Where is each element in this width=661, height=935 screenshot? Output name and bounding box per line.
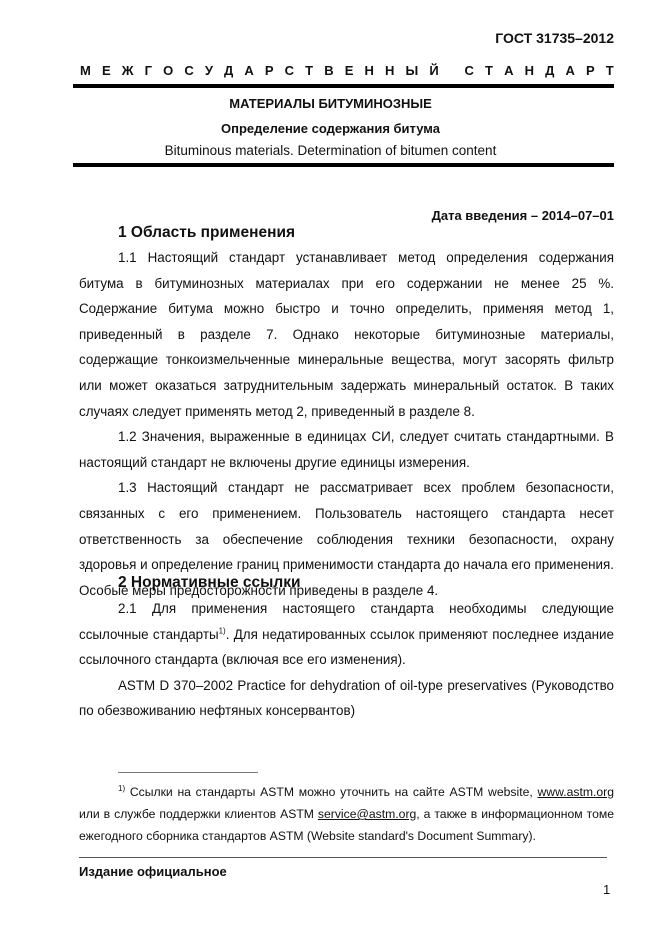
paragraph-astm-reference: ASTM D 370–2002 Practice for dehydration…	[79, 673, 614, 724]
astm-website-link[interactable]: www.astm.org	[537, 785, 614, 799]
interstate-letter: Т	[606, 63, 614, 78]
header-top-rule	[73, 84, 614, 88]
official-edition-label: Издание официальное	[79, 864, 227, 879]
interstate-letter: Д	[224, 63, 233, 78]
section-2-body: 2.1 Для применения настоящего стандарта …	[79, 596, 614, 724]
footer-rule	[79, 857, 607, 858]
interstate-standard-label: МЕЖГОСУДАРСТВЕННЫЙ СТАНДАРТ	[80, 63, 614, 78]
interstate-letter: Н	[385, 63, 394, 78]
page-number: 1	[603, 882, 610, 897]
footnote-separator	[118, 772, 258, 773]
interstate-letter: Е	[345, 63, 354, 78]
footnote: 1) Ссылки на стандарты ASTM можно уточни…	[79, 781, 614, 847]
interstate-letter: С	[465, 63, 474, 78]
document-title-english: Bituminous materials. Determination of b…	[0, 143, 661, 158]
paragraph-1-2: 1.2 Значения, выраженные в единицах СИ, …	[79, 424, 614, 475]
interstate-letter: А	[565, 63, 574, 78]
document-subtitle: Определение содержания битума	[0, 121, 661, 136]
footnote-ref[interactable]: 1)	[219, 626, 226, 635]
interstate-letter: Н	[525, 63, 534, 78]
interstate-letter	[450, 63, 454, 78]
paragraph-2-1: 2.1 Для применения настоящего стандарта …	[79, 596, 614, 673]
interstate-letter: У	[205, 63, 213, 78]
interstate-letter: Ы	[406, 63, 419, 78]
document-title: МАТЕРИАЛЫ БИТУМИНОЗНЫЕ	[0, 96, 661, 111]
interstate-letter: Д	[545, 63, 554, 78]
interstate-letter: М	[80, 63, 91, 78]
interstate-letter: Н	[365, 63, 374, 78]
interstate-letter: Ж	[122, 63, 134, 78]
interstate-letter: Т	[305, 63, 313, 78]
header-bottom-rule	[73, 163, 614, 167]
interstate-letter: Р	[586, 63, 595, 78]
astm-email-link[interactable]: service@astm.org	[318, 807, 416, 821]
interstate-letter: А	[244, 63, 253, 78]
interstate-letter: В	[324, 63, 333, 78]
interstate-letter: Г	[145, 63, 152, 78]
interstate-letter: О	[163, 63, 173, 78]
interstate-letter: А	[504, 63, 513, 78]
interstate-letter: Т	[485, 63, 493, 78]
interstate-letter: Е	[102, 63, 111, 78]
interstate-letter: С	[184, 63, 193, 78]
section-2-heading: 2 Нормативные ссылки	[118, 574, 301, 592]
document-number: ГОСТ 31735–2012	[495, 30, 614, 46]
interstate-letter: Й	[429, 63, 438, 78]
interstate-letter: С	[285, 63, 294, 78]
interstate-letter: Р	[265, 63, 274, 78]
paragraph-1-1: 1.1 Настоящий стандарт устанавливает мет…	[79, 245, 614, 424]
introduction-date: Дата введения – 2014–07–01	[432, 208, 614, 223]
section-1-heading: 1 Область применения	[118, 224, 295, 242]
section-1-body: 1.1 Настоящий стандарт устанавливает мет…	[79, 245, 614, 603]
